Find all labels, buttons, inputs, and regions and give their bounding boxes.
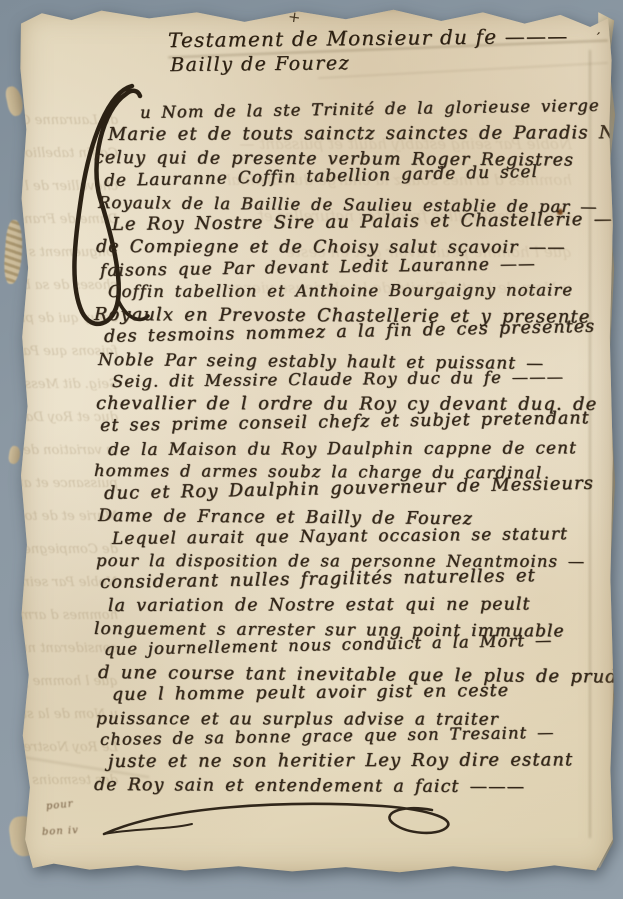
body-lines: u Nom de la ste Trinité de la glorieuse …: [94, 102, 599, 796]
marginal-note: bon iv: [42, 825, 79, 838]
manuscript-line: Marie et de touts sainctz sainctes de Pa…: [108, 123, 599, 147]
manuscript-line: que l homme peult avoir gist en ceste: [112, 679, 599, 706]
body-text: u Nom de la ste Trinité de la glorieuse …: [94, 102, 599, 796]
scan-backdrop: de Lauranne Coffin tabellion garde du sc…: [0, 0, 623, 899]
marginal-note: pour: [46, 799, 75, 813]
manuscript-line: Seig. dit Messire Claude Roy duc du fe —…: [112, 366, 599, 393]
document-heading: Testament de Monsieur du fe ——— Bailly d…: [168, 24, 569, 76]
manuscript-line: Le Roy Nostre Sire au Palais et Chastell…: [112, 209, 599, 236]
heading-line-2: Bailly de Fourez: [170, 50, 569, 76]
manuscript-line: la variation de Nostre estat qui ne peul…: [108, 593, 599, 617]
cross-mark: +: [287, 7, 302, 27]
manuscript-line: juste et ne son heritier Ley Roy dire es…: [108, 750, 599, 774]
paper-sheet: de Lauranne Coffin tabellion garde du sc…: [18, 8, 614, 874]
manuscript-line: de la Maison du Roy Daulphin cappne de c…: [108, 436, 599, 460]
manuscript-line: Coffin tabellion et Anthoine Bourgaigny …: [108, 279, 599, 303]
heading-flourish-tick: ʼ: [591, 30, 601, 45]
manuscript-page: de Lauranne Coffin tabellion garde du sc…: [18, 8, 614, 874]
heading-line-1: Testament de Monsieur du fe ———: [168, 24, 569, 52]
closing-flourish: [96, 794, 476, 852]
manuscript-line: Lequel aurait que Nayant occasion se sta…: [112, 522, 599, 549]
manuscript-line: u Nom de la ste Trinité de la glorieuse …: [140, 95, 599, 125]
